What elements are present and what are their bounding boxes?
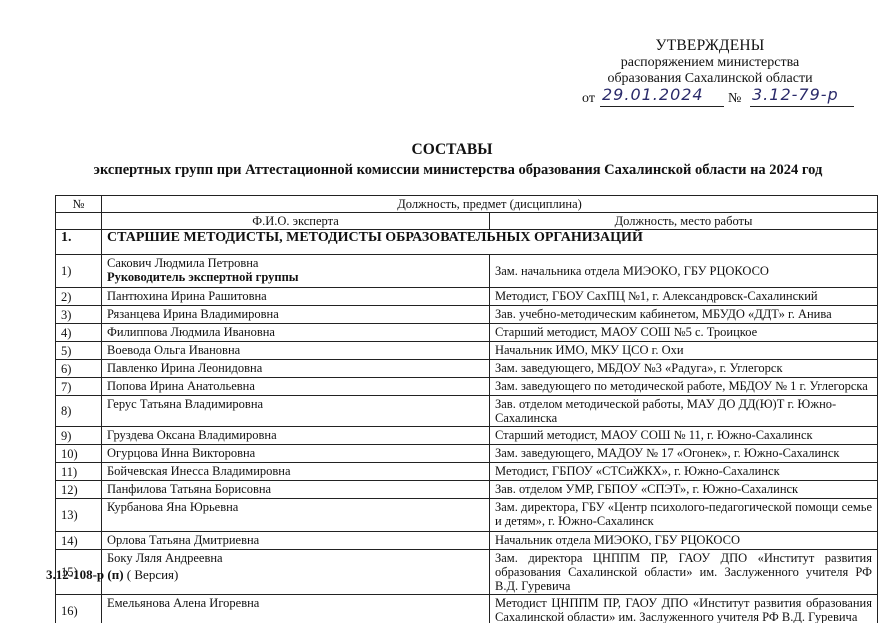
handwritten-date: 29.01.2024 <box>600 87 724 107</box>
approval-signature-line: от 29.01.2024 № 3.12-79-р <box>582 87 860 109</box>
expert-role: Руководитель экспертной группы <box>107 270 484 284</box>
header-position-subject: Должность, предмет (дисциплина) <box>102 196 878 213</box>
date-label: от <box>582 91 595 107</box>
expert-name-cell: Рязанцева Ирина Владимировна <box>102 306 490 324</box>
table-row: 10)Огурцова Инна ВикторовнаЗам. заведующ… <box>56 445 878 463</box>
expert-position: Зам. заведующего, МБДОУ №3 «Радуга», г. … <box>490 360 878 378</box>
expert-name-cell: Емельянова Алена Игоревна <box>102 595 490 623</box>
header-num: № <box>56 196 102 213</box>
expert-name: Пантюхина Ирина Рашитовна <box>107 289 484 303</box>
expert-name: Попова Ирина Анатольевна <box>107 379 484 393</box>
document-title: СОСТАВЫ экспертных групп при Аттестацион… <box>0 140 896 180</box>
row-number: 5) <box>56 342 102 360</box>
expert-name: Бойчевская Инесса Владимировна <box>107 464 484 478</box>
expert-name: Боку Ляля Андреевна <box>107 551 484 565</box>
table-row: 16)Емельянова Алена ИгоревнаМетодист ЦНП… <box>56 595 878 623</box>
expert-position: Зав. учебно-методическим кабинетом, МБУД… <box>490 306 878 324</box>
expert-name-cell: Попова Ирина Анатольевна <box>102 378 490 396</box>
expert-position: Методист ЦНППМ ПР, ГАОУ ДПО «Институт ра… <box>490 595 878 623</box>
expert-name: Филиппова Людмила Ивановна <box>107 325 484 339</box>
row-number: 11) <box>56 463 102 481</box>
expert-name: Павленко Ирина Леонидовна <box>107 361 484 375</box>
header-expert-name: Ф.И.О. эксперта <box>102 213 490 230</box>
table-row: 3)Рязанцева Ирина ВладимировнаЗав. учебн… <box>56 306 878 324</box>
expert-name-cell: Орлова Татьяна Дмитриевна <box>102 532 490 550</box>
expert-position: Методист, ГБПОУ «СТСиЖКХ», г. Южно-Сахал… <box>490 463 878 481</box>
table-header-row: № Должность, предмет (дисциплина) <box>56 196 878 213</box>
expert-position: Начальник ИМО, МКУ ЦСО г. Охи <box>490 342 878 360</box>
table-row: 8)Герус Татьяна ВладимировнаЗав. отделом… <box>56 396 878 427</box>
handwritten-number: 3.12-79-р <box>750 87 854 107</box>
table-row: 9)Груздева Оксана ВладимировнаСтарший ме… <box>56 427 878 445</box>
table-row: 6)Павленко Ирина ЛеонидовнаЗам. заведующ… <box>56 360 878 378</box>
row-number: 1) <box>56 255 102 288</box>
row-number: 3) <box>56 306 102 324</box>
expert-name-cell: Пантюхина Ирина Рашитовна <box>102 288 490 306</box>
table-row: 13)Курбанова Яна ЮрьевнаЗам. директора, … <box>56 499 878 532</box>
expert-position: Зам. директора ЦНППМ ПР, ГАОУ ДПО «Инсти… <box>490 550 878 595</box>
section-row: 1.СТАРШИЕ МЕТОДИСТЫ, МЕТОДИСТЫ ОБРАЗОВАТ… <box>56 230 878 255</box>
table-row: 14)Орлова Татьяна ДмитриевнаНачальник от… <box>56 532 878 550</box>
expert-name: Воевода Ольга Ивановна <box>107 343 484 357</box>
expert-name: Герус Татьяна Владимировна <box>107 397 484 411</box>
expert-name-cell: Бойчевская Инесса Владимировна <box>102 463 490 481</box>
table-row: 11)Бойчевская Инесса ВладимировнаМетодис… <box>56 463 878 481</box>
title-subtitle: экспертных групп при Аттестационной коми… <box>0 161 896 180</box>
table-row: 15)Боку Ляля АндреевнаЗам. директора ЦНП… <box>56 550 878 595</box>
section-number: 1. <box>56 230 102 255</box>
document-code: 3.12-108-р (п) <box>46 567 124 582</box>
approval-line-1: распоряжением министерства <box>560 55 860 71</box>
expert-name-cell: Курбанова Яна Юрьевна <box>102 499 490 532</box>
header-position-workplace: Должность, место работы <box>490 213 878 230</box>
expert-name: Орлова Татьяна Дмитриевна <box>107 533 484 547</box>
expert-name-cell: Герус Татьяна Владимировна <box>102 396 490 427</box>
experts-table: № Должность, предмет (дисциплина) Ф.И.О.… <box>55 195 878 623</box>
title-main: СОСТАВЫ <box>0 140 896 159</box>
expert-position: Старший методист, МАОУ СОШ № 11, г. Южно… <box>490 427 878 445</box>
expert-position: Методист, ГБОУ СахПЦ №1, г. Александровс… <box>490 288 878 306</box>
expert-name: Панфилова Татьяна Борисовна <box>107 482 484 496</box>
table-subheader-row: Ф.И.О. эксперта Должность, место работы <box>56 213 878 230</box>
row-number: 4) <box>56 324 102 342</box>
expert-name-cell: Груздева Оксана Владимировна <box>102 427 490 445</box>
expert-position: Зам. начальника отдела МИЭОКО, ГБУ РЦОКО… <box>490 255 878 288</box>
expert-name-cell: Воевода Ольга Ивановна <box>102 342 490 360</box>
table-row: 7)Попова Ирина АнатольевнаЗам. заведующе… <box>56 378 878 396</box>
section-title: СТАРШИЕ МЕТОДИСТЫ, МЕТОДИСТЫ ОБРАЗОВАТЕЛ… <box>102 230 878 255</box>
row-number: 12) <box>56 481 102 499</box>
number-label: № <box>728 91 741 107</box>
table-row: 1)Сакович Людмила ПетровнаРуководитель э… <box>56 255 878 288</box>
document-version: ( Версия) <box>127 567 179 582</box>
expert-position: Зам. заведующего по методической работе,… <box>490 378 878 396</box>
table-row: 4)Филиппова Людмила ИвановнаСтарший мето… <box>56 324 878 342</box>
table-row: 12)Панфилова Татьяна БорисовнаЗав. отдел… <box>56 481 878 499</box>
row-number: 14) <box>56 532 102 550</box>
row-number: 7) <box>56 378 102 396</box>
subheader-empty <box>56 213 102 230</box>
approval-stamp: УТВЕРЖДЕНЫ распоряжением министерства об… <box>560 38 860 109</box>
expert-name: Груздева Оксана Владимировна <box>107 428 484 442</box>
expert-name-cell: Филиппова Людмила Ивановна <box>102 324 490 342</box>
table-row: 2)Пантюхина Ирина РашитовнаМетодист, ГБО… <box>56 288 878 306</box>
expert-name: Рязанцева Ирина Владимировна <box>107 307 484 321</box>
expert-name: Курбанова Яна Юрьевна <box>107 500 484 514</box>
expert-position: Зам. заведующего, МАДОУ № 17 «Огонек», г… <box>490 445 878 463</box>
table-row: 5)Воевода Ольга ИвановнаНачальник ИМО, М… <box>56 342 878 360</box>
expert-name: Сакович Людмила Петровна <box>107 256 484 270</box>
expert-position: Зав. отделом УМР, ГБПОУ «СПЭТ», г. Южно-… <box>490 481 878 499</box>
expert-name-cell: Панфилова Татьяна Борисовна <box>102 481 490 499</box>
row-number: 2) <box>56 288 102 306</box>
expert-name: Емельянова Алена Игоревна <box>107 596 484 610</box>
expert-position: Зам. директора, ГБУ «Центр психолого-пед… <box>490 499 878 532</box>
expert-name-cell: Сакович Людмила ПетровнаРуководитель экс… <box>102 255 490 288</box>
row-number: 6) <box>56 360 102 378</box>
expert-name-cell: Огурцова Инна Викторовна <box>102 445 490 463</box>
row-number: 8) <box>56 396 102 427</box>
expert-position: Начальник отдела МИЭОКО, ГБУ РЦОКОСО <box>490 532 878 550</box>
document-footer: 3.12-108-р (п) ( Версия) <box>46 567 178 583</box>
expert-position: Зав. отделом методической работы, МАУ ДО… <box>490 396 878 427</box>
row-number: 13) <box>56 499 102 532</box>
expert-position: Старший методист, МАОУ СОШ №5 с. Троицко… <box>490 324 878 342</box>
approval-heading: УТВЕРЖДЕНЫ <box>560 38 860 54</box>
row-number: 16) <box>56 595 102 623</box>
expert-name: Огурцова Инна Викторовна <box>107 446 484 460</box>
expert-name-cell: Павленко Ирина Леонидовна <box>102 360 490 378</box>
row-number: 9) <box>56 427 102 445</box>
row-number: 10) <box>56 445 102 463</box>
